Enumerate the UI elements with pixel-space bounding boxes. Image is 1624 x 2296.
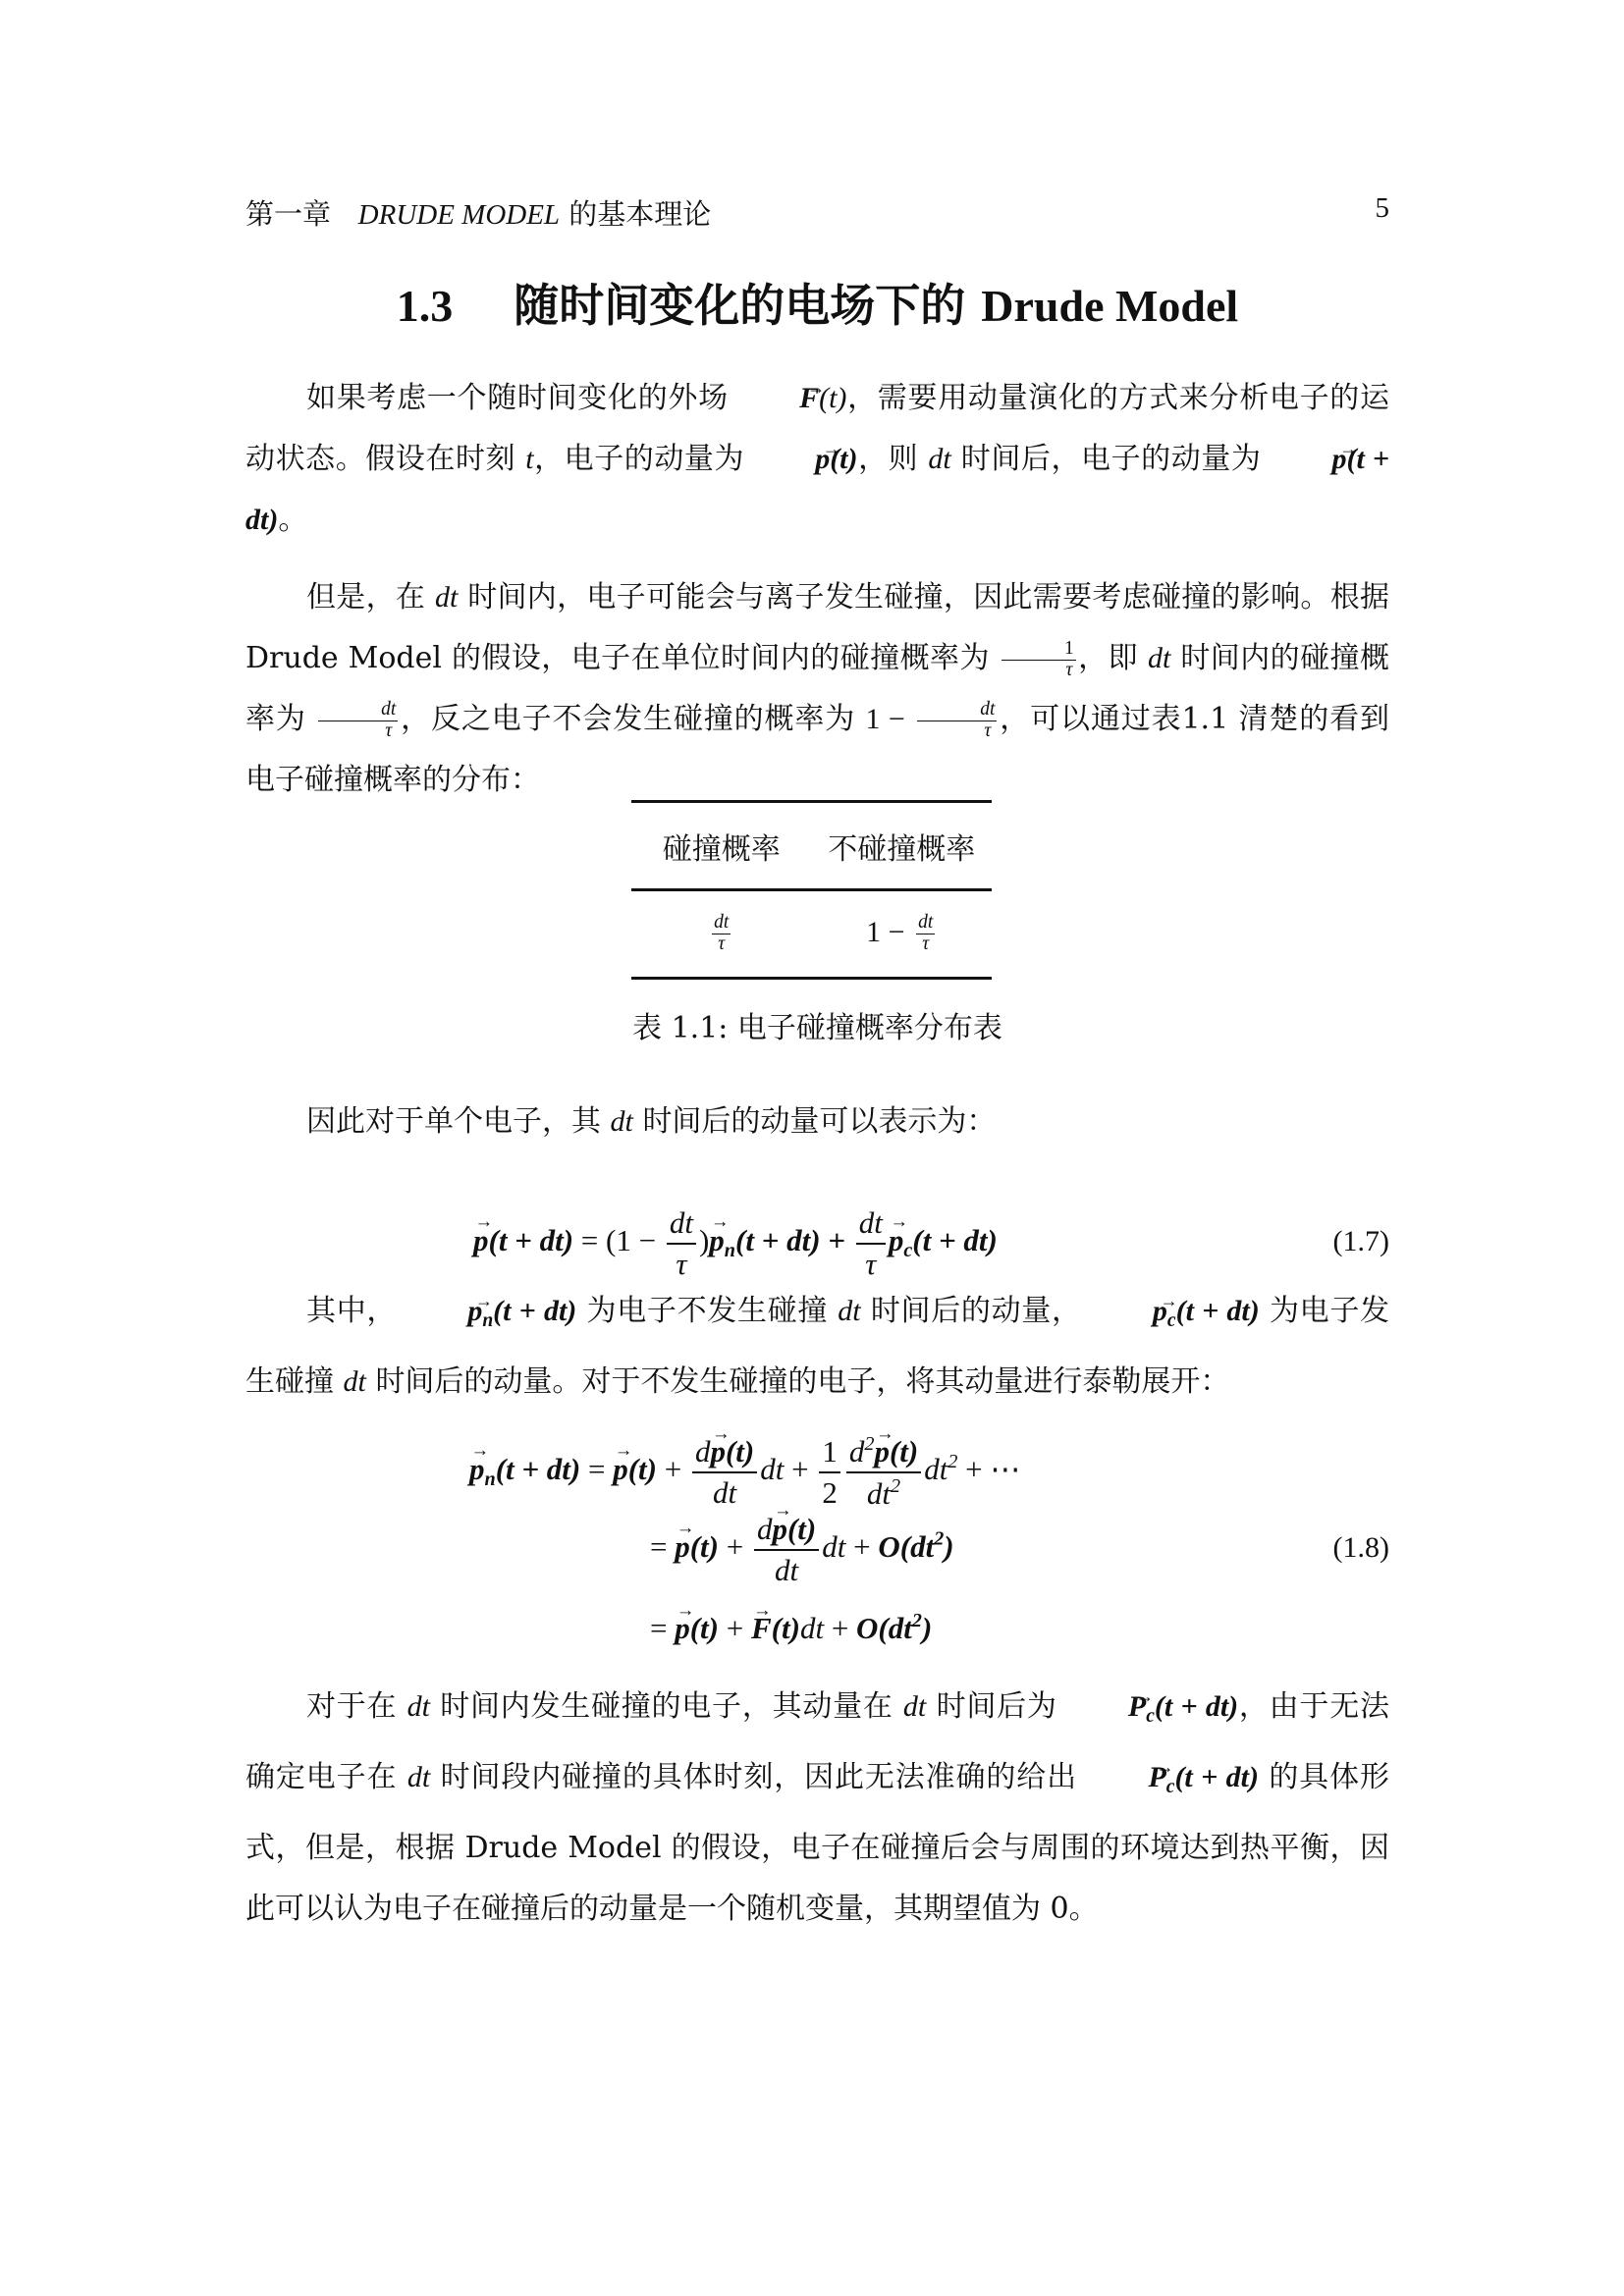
section-title: 1.3 随时间变化的电场下的 Drude Model [245, 270, 1389, 335]
fraction-1-over-tau: 1τ [1001, 639, 1076, 680]
chapter-title: 第一章 DRUDE MODEL 的基本理论 [245, 192, 711, 233]
collision-probability-table: 碰撞概率 不碰撞概率 dtτ 1 − dtτ [631, 800, 992, 980]
page-number: 5 [1376, 192, 1390, 225]
paragraph-3: 因此对于单个电子，其 dt 时间后的动量可以表示为： [245, 1092, 1389, 1152]
fraction-dt-over-tau: dtτ [318, 700, 398, 741]
paragraph-2: 但是，在 dt 时间内，电子可能会与离子发生碰撞，因此需要考虑碰撞的影响。根据 … [245, 567, 1389, 811]
table-row: dtτ 1 − dtτ [631, 891, 992, 977]
equation-1-8: pn(t + dt) = p(t) + dp(t)dtdt + 12d2p(t)… [245, 1433, 1389, 1669]
running-header: 第一章 DRUDE MODEL 的基本理论 5 [245, 192, 1389, 232]
paragraph-4: 其中， pn(t + dt) 为电子不发生碰撞 dt 时间后的动量， pc(t … [245, 1281, 1389, 1413]
table-caption: 表 1.1: 电子碰撞概率分布表 [245, 1003, 1389, 1046]
paragraph-1: 如果考虑一个随时间变化的外场 F(t)，需要用动量演化的方式来分析电子的运动状态… [245, 368, 1389, 551]
equation-number: (1.7) [1333, 1225, 1389, 1258]
paragraph-5: 对于在 dt 时间内发生碰撞的电子，其动量在 dt 时间后为 Pc(t + dt… [245, 1677, 1389, 1940]
equation-number: (1.8) [1333, 1531, 1389, 1565]
table-header-row: 碰撞概率 不碰撞概率 [631, 803, 992, 888]
table-bottom-rule [631, 977, 992, 980]
